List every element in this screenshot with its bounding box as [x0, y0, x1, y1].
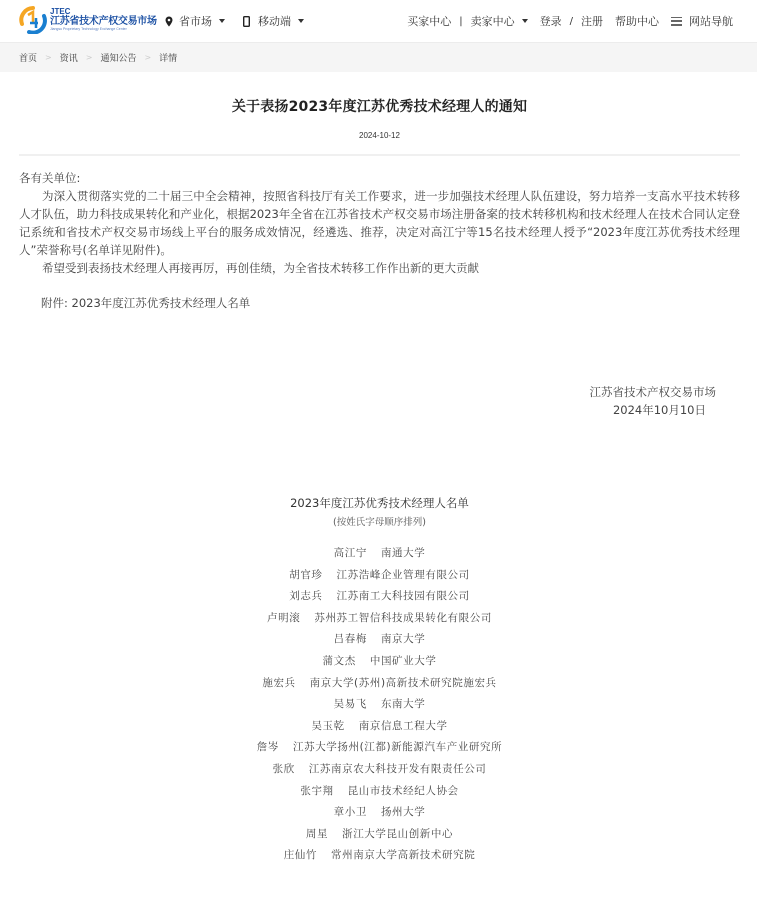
person-org: 南通大学: [381, 547, 425, 559]
salutation: 各有关单位:: [19, 169, 740, 187]
person-name: 刘志兵: [289, 590, 322, 602]
person-name: 卢明滚: [267, 612, 300, 624]
list-item: 吕春梅南京大学: [19, 629, 740, 651]
person-org: 中国矿业大学: [370, 655, 437, 667]
list-item: 詹岑江苏大学扬州(江都)新能源汽车产业研究所: [19, 737, 740, 759]
site-nav-button[interactable]: 网站导航: [671, 13, 733, 29]
person-org: 浙江大学昆山创新中心: [342, 828, 453, 840]
nav-divider: |: [459, 16, 462, 27]
person-org: 南京大学(苏州)高新技术研究院施宏兵: [310, 677, 497, 689]
top-header: JTEC 江苏省技术产权交易市场 Jiangsu Proprietary Tec…: [0, 0, 757, 42]
breadcrumb-current: 详情: [159, 51, 177, 64]
breadcrumb-notices[interactable]: 通知公告: [100, 51, 136, 64]
person-org: 昆山市技术经纪人协会: [348, 785, 459, 797]
person-name: 吕春梅: [334, 633, 367, 645]
chevron-down-icon: [522, 19, 528, 23]
list-item: 张宇翔昆山市技术经纪人协会: [19, 781, 740, 803]
signature-org: 江苏省技术产权交易市场: [19, 383, 716, 401]
breadcrumb-home[interactable]: 首页: [19, 51, 37, 64]
list-item: 蒲文杰中国矿业大学: [19, 651, 740, 673]
person-name: 高江宁: [334, 547, 367, 559]
honor-list-rows: 高江宁南通大学 胡官珍江苏浩峰企业管理有限公司 刘志兵江苏南工大科技园有限公司 …: [19, 543, 740, 867]
person-org: 常州南京大学高新技术研究院: [331, 849, 475, 861]
person-name: 施宏兵: [262, 677, 295, 689]
list-item: 张欣江苏南京农大科技开发有限责任公司: [19, 759, 740, 781]
breadcrumb-separator-icon: >: [45, 53, 52, 62]
login-link[interactable]: 登录: [540, 13, 562, 29]
person-name: 庄仙竹: [284, 849, 317, 861]
paragraph-hope: 希望受到表扬技术经理人再接再厉，再创佳绩，为全省技术转移工作作出新的更大贡献: [19, 259, 740, 277]
list-item: 施宏兵南京大学(苏州)高新技术研究院施宏兵: [19, 673, 740, 695]
site-nav-label: 网站导航: [689, 13, 733, 29]
paragraph-main: 为深入贯彻落实党的二十届三中全会精神，按照省科技厅有关工作要求，进一步加强技术经…: [19, 187, 740, 259]
list-item: 吴易飞东南大学: [19, 694, 740, 716]
person-org: 江苏南京农大科技开发有限责任公司: [309, 763, 487, 775]
person-org: 南京大学: [381, 633, 425, 645]
signature: 江苏省技术产权交易市场 2024年10月10日: [19, 383, 740, 419]
person-name: 章小卫: [334, 806, 367, 818]
province-market-dropdown[interactable]: 省市场: [165, 13, 225, 29]
list-item: 吴玉乾南京信息工程大学: [19, 716, 740, 738]
chevron-down-icon: [219, 19, 225, 23]
login-register-slash: /: [570, 16, 573, 27]
nav-right: 买家中心 | 卖家中心 登录 / 注册 帮助中心 网站导航: [407, 13, 733, 29]
logo-name-cn: 江苏省技术产权交易市场: [50, 17, 157, 27]
breadcrumb-separator-icon: >: [86, 53, 93, 62]
help-center-link[interactable]: 帮助中心: [615, 13, 659, 29]
buyer-center-link[interactable]: 买家中心: [407, 13, 451, 29]
list-item: 胡官珍江苏浩峰企业管理有限公司: [19, 565, 740, 587]
article: 关于表扬2023年度江苏优秀技术经理人的通知 2024-10-12 各有关单位:…: [0, 96, 757, 867]
site-logo[interactable]: JTEC 江苏省技术产权交易市场 Jiangsu Proprietary Tec…: [19, 6, 157, 34]
list-item: 刘志兵江苏南工大科技园有限公司: [19, 586, 740, 608]
list-item: 周星浙江大学昆山创新中心: [19, 824, 740, 846]
person-name: 吴玉乾: [311, 720, 344, 732]
list-item: 高江宁南通大学: [19, 543, 740, 565]
seller-center-label: 卖家中心: [471, 13, 515, 29]
person-org: 江苏大学扬州(江都)新能源汽车产业研究所: [293, 741, 502, 753]
breadcrumb-news[interactable]: 资讯: [60, 51, 78, 64]
attachment-link[interactable]: 附件: 2023年度江苏优秀技术经理人名单: [19, 294, 740, 312]
list-item: 庄仙竹常州南京大学高新技术研究院: [19, 845, 740, 867]
person-name: 胡官珍: [289, 569, 322, 581]
breadcrumb-separator-icon: >: [144, 53, 151, 62]
person-name: 吴易飞: [334, 698, 367, 710]
person-name: 周星: [306, 828, 328, 840]
person-org: 江苏浩峰企业管理有限公司: [337, 569, 470, 581]
mobile-icon: [243, 16, 250, 27]
person-name: 蒲文杰: [323, 655, 356, 667]
person-org: 东南大学: [381, 698, 425, 710]
province-market-label: 省市场: [179, 13, 212, 29]
mobile-label: 移动端: [258, 13, 291, 29]
seller-center-dropdown[interactable]: 卖家中心: [471, 13, 528, 29]
person-name: 詹岑: [257, 741, 279, 753]
logo-name-en: Jiangsu Proprietary Technology Exchange …: [50, 28, 157, 32]
person-org: 江苏南工大科技园有限公司: [337, 590, 470, 602]
person-org: 苏州苏工智信科技成果转化有限公司: [314, 612, 492, 624]
chevron-down-icon: [298, 19, 304, 23]
list-item: 章小卫扬州大学: [19, 802, 740, 824]
map-pin-icon: [165, 16, 173, 27]
mobile-dropdown[interactable]: 移动端: [243, 13, 304, 29]
honor-list: 2023年度江苏优秀技术经理人名单 (按姓氏字母顺序排列) 高江宁南通大学 胡官…: [19, 495, 740, 867]
article-body: 各有关单位: 为深入贯彻落实党的二十届三中全会精神，按照省科技厅有关工作要求，进…: [19, 169, 740, 312]
person-org: 南京信息工程大学: [359, 720, 448, 732]
breadcrumb: 首页 > 资讯 > 通知公告 > 详情: [0, 42, 757, 72]
menu-icon: [671, 17, 682, 26]
article-title: 关于表扬2023年度江苏优秀技术经理人的通知: [19, 96, 740, 116]
person-name: 张宇翔: [300, 785, 333, 797]
person-name: 张欣: [273, 763, 295, 775]
person-org: 扬州大学: [381, 806, 425, 818]
title-divider: [19, 154, 740, 156]
honor-list-subtitle: (按姓氏字母顺序排列): [19, 514, 740, 528]
honor-list-title: 2023年度江苏优秀技术经理人名单: [19, 495, 740, 511]
signature-date: 2024年10月10日: [19, 401, 716, 419]
nav-left: 省市场 移动端: [165, 13, 304, 29]
article-date: 2024-10-12: [19, 131, 740, 140]
list-item: 卢明滚苏州苏工智信科技成果转化有限公司: [19, 608, 740, 630]
logo-icon: [19, 6, 47, 34]
register-link[interactable]: 注册: [581, 13, 603, 29]
